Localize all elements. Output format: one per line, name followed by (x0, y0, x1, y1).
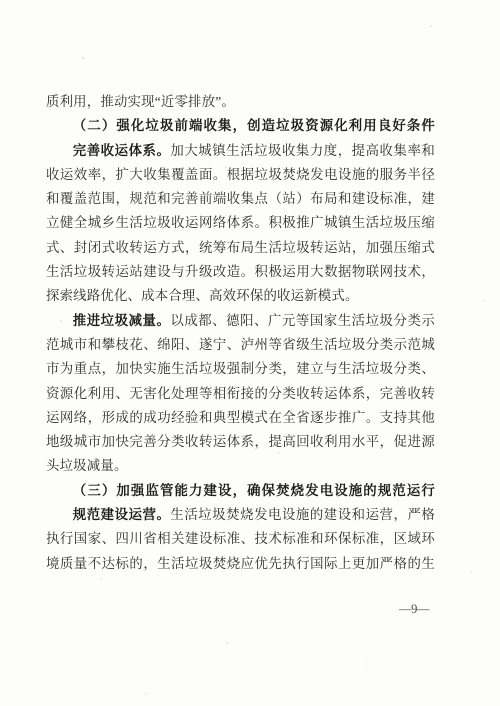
text-line: 头垃圾减量。 (46, 454, 435, 478)
text-line: 规范建设运营。生活垃圾焚烧发电设施的建设和运营，严格 (46, 503, 435, 527)
runin-heading: 完善收运体系。 (73, 143, 171, 158)
text-line: 地级城市加快完善分类收转运体系，提高回收利用水平，促进源 (46, 430, 435, 454)
text-line: 完善收运体系。加大城镇生活垃圾收集力度，提高收集率和 (46, 139, 435, 163)
text-line: 推进垃圾减量。以成都、德阳、广元等国家生活垃圾分类示 (46, 309, 435, 333)
page-number: —9— (393, 600, 435, 618)
document-body: 质利用，推动实现“近零排放”。（二）强化垃圾前端收集，创造垃圾资源化利用良好条件… (46, 90, 435, 576)
text-line: 和覆盖范围，规范和完善前端收集点（站）布局和建设标准，建 (46, 187, 435, 211)
text-line: 资源化利用、无害化处理等相衔接的分类收转运体系，完善收转 (46, 382, 435, 406)
text-line: 收运效率，扩大收集覆盖面。根据垃圾焚烧发电设施的服务半径 (46, 163, 435, 187)
text-line: 探索线路优化、成本合理、高效环保的收运新模式。 (46, 284, 435, 308)
text-line: 运网络，形成的成功经验和典型模式在全省逐步推广。支持其他 (46, 406, 435, 430)
text-line: 生活垃圾转运站建设与升级改造。积极运用大数据物联网技术， (46, 260, 435, 284)
text-line: 质利用，推动实现“近零排放”。 (46, 90, 435, 114)
text-line: 范城市和攀枝花、绵阳、遂宁、泸州等省级生活垃圾分类示范城 (46, 333, 435, 357)
text-line: 式、封闭式收转运方式，统筹布局生活垃圾转运站，加强压缩式 (46, 236, 435, 260)
scan-noise (82, 57, 84, 59)
runin-heading: 推进垃圾减量。 (73, 313, 171, 328)
heading-line: （二）强化垃圾前端收集，创造垃圾资源化利用良好条件 (46, 114, 435, 138)
text-line: 市为重点，加快实施生活垃圾强制分类，建立与生活垃圾分类、 (46, 357, 435, 381)
text-line: 境质量不达标的，生活垃圾焚烧应优先执行国际上更加严格的生 (46, 552, 435, 576)
text-line: 执行国家、四川省相关建设标准、技术标准和环保标准，区域环 (46, 527, 435, 551)
text-line: 立健全城乡生活垃圾收运网络体系。积极推广城镇生活垃圾压缩 (46, 211, 435, 235)
heading-line: （三）加强监管能力建设，确保焚烧发电设施的规范运行 (46, 479, 435, 503)
runin-heading: 规范建设运营。 (73, 507, 171, 522)
document-page: 质利用，推动实现“近零排放”。（二）强化垃圾前端收集，创造垃圾资源化利用良好条件… (0, 0, 500, 706)
